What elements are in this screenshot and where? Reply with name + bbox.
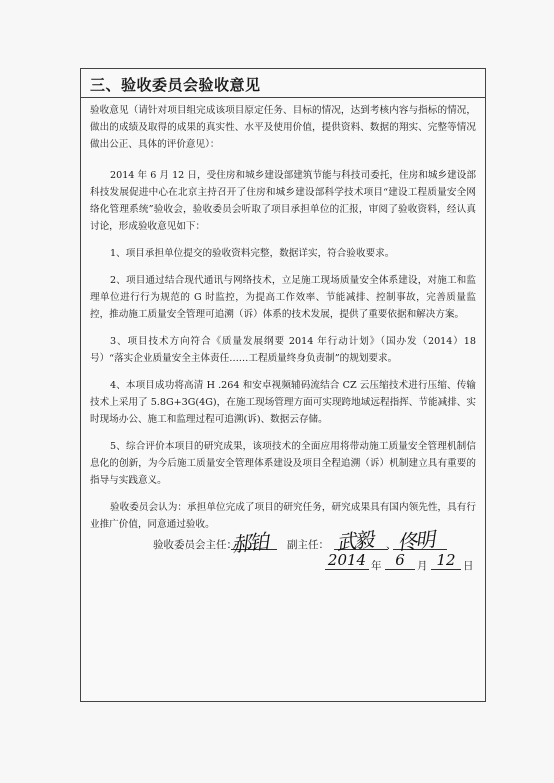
opinion-item-5: 5、综合评价本项目的研究成果，该项技术的全面应用将带动施工质量安全管理机制信息化… xyxy=(90,438,476,489)
date-row: 2014 年 6 月 12 日 xyxy=(81,553,485,575)
date-year-unit: 年 xyxy=(371,558,382,573)
date-month: 6 xyxy=(385,553,415,570)
date-day-unit: 日 xyxy=(463,558,474,573)
signature-row: 验收委员会主任： 郝铂 副主任： 武毅 、 佟明 xyxy=(81,525,485,549)
date-year: 2014 xyxy=(325,553,369,570)
section-title: 三、验收委员会验收意见 xyxy=(81,69,485,98)
intro-paragraph: 2014 年 6 月 12 日，受住房和城乡建设部建筑节能与科技司委托，住房和城… xyxy=(90,167,476,235)
opinion-content: 验收意见（请针对项目组完成该项目原定任务、目标的情况，达到考核内容与指标的情况，… xyxy=(81,98,485,533)
date-month-unit: 月 xyxy=(417,558,428,573)
acceptance-opinion-form: 三、验收委员会验收意见 验收意见（请针对项目组完成该项目原定任务、目标的情况，达… xyxy=(80,68,486,702)
chair-label: 验收委员会主任： xyxy=(153,537,237,552)
vice-chair-label: 副主任： xyxy=(287,537,329,552)
date-day: 12 xyxy=(431,553,461,570)
instruction-text: 验收意见（请针对项目组完成该项目原定任务、目标的情况，达到考核内容与指标的情况，… xyxy=(90,102,476,153)
opinion-item-2: 2、项目通过结合现代通讯与网络技术，立足施工现场质量安全体系建设，对施工和监理单… xyxy=(90,272,476,323)
opinion-item-3: 3、项目技术方向符合《质量发展纲要 2014 年行动计划》（国办发（2014）1… xyxy=(90,333,476,367)
opinion-item-1: 1、项目承担单位提交的验收资料完整，数据详实，符合验收要求。 xyxy=(90,245,476,262)
opinion-item-4: 4、本项目成功将高清 H .264 和安卓视频辅码流结合 CZ 云压缩技术进行压… xyxy=(90,377,476,428)
